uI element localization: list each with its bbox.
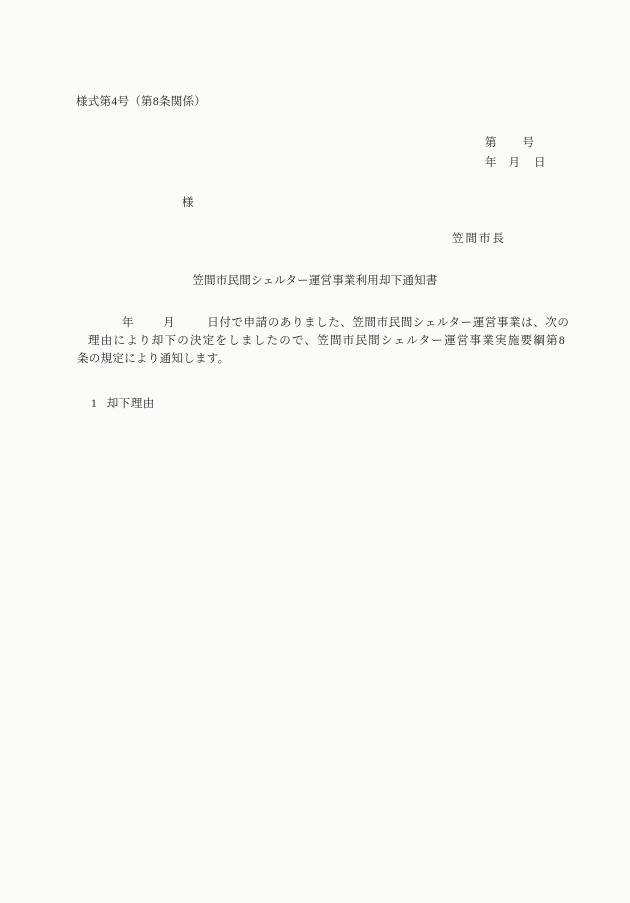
document-number-prefix: 第 [485,137,497,149]
document-number-suffix: 号 [523,137,535,149]
body-line-2: 理由により却下の決定をしましたので、笠間市民間シェルター運営事業実施要綱第8 [88,332,569,350]
form-label: 様式第4号（第8条関係） [76,95,206,110]
section-label: 却下理由 [107,398,155,410]
date-line: 年月日 [485,156,546,171]
body-line-1: 年月日付で申請のありました、笠間市民間シェルター運営事業は、次の [77,314,569,332]
body-month-label: 月 [163,317,175,329]
sender-name: 笠間市長 [452,232,506,247]
document-title: 笠間市民間シェルター運営事業利用却下通知書 [0,274,630,289]
date-month-label: 月 [509,157,521,169]
date-year-label: 年 [485,157,497,169]
section-number: 1 [91,398,97,410]
document-page: 様式第4号（第8条関係） 第号 年月日 様 笠間市長 笠間市民間シェルター運営事… [0,0,630,903]
body-paragraph: 年月日付で申請のありました、笠間市民間シェルター運営事業は、次の 理由により却下… [77,314,569,368]
body-line-3: 条の規定により通知します。 [77,350,569,368]
body-year-label: 年 [122,317,134,329]
document-number-line: 第号 [485,136,534,151]
rejection-reason-heading: 1却下理由 [91,397,155,412]
addressee-honorific: 様 [182,196,194,211]
date-day-label: 日 [534,157,546,169]
body-line-1-text: 日付で申請のありました、笠間市民間シェルター運営事業は、次の [207,317,569,329]
